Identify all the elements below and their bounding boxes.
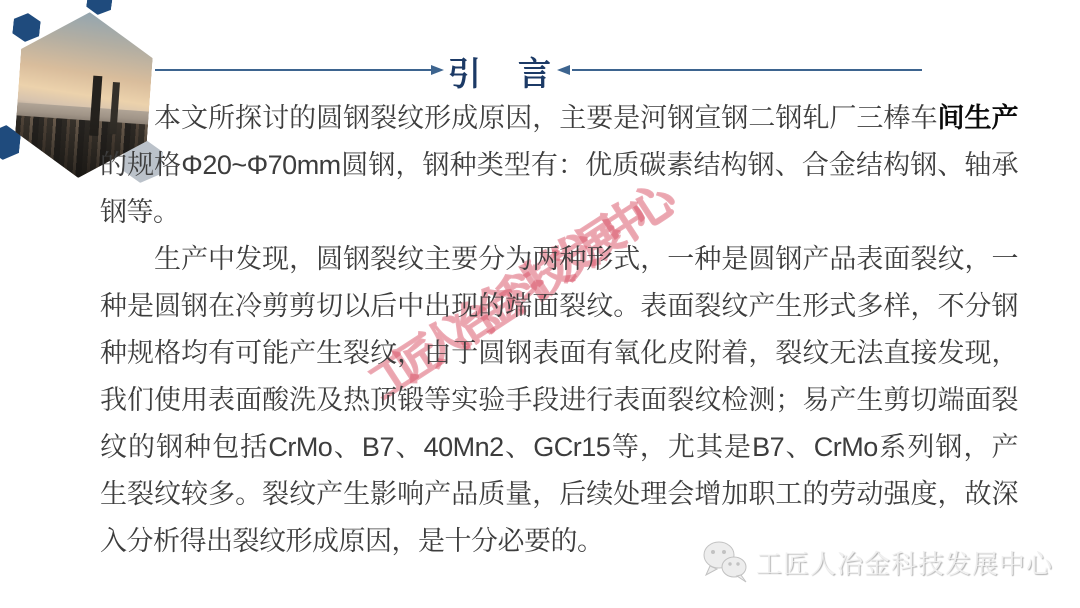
title-divider-right	[572, 69, 922, 71]
section-title: 引 言	[448, 48, 553, 95]
presentation-slide: 工匠人冶金科技发展中心 引 言 本文所探讨的圆钢裂纹形成原因，主要是河钢宣钢二钢…	[0, 0, 1080, 608]
body-text: 本文所探讨的圆钢裂纹形成原因，主要是河钢宣钢二钢轧厂三棒车间生产 的规格Φ20~…	[100, 95, 1018, 565]
body-text-line: 的规格Φ20~Φ70mm圆钢，钢种类型有：优质碳素结构钢、合金结构钢、轴承	[100, 142, 1018, 189]
body-text-bold-segment: 间生产	[937, 103, 1018, 133]
title-divider-left	[155, 69, 431, 71]
body-text-line: 生裂纹较多。裂纹产生影响产品质量，后续处理会增加职工的劳动强度，故深	[100, 471, 1018, 518]
title-arrow-right-icon	[431, 65, 444, 75]
wechat-icon	[702, 540, 748, 584]
body-text-line: 种是圆钢在冷剪剪切以后中出现的端面裂纹。表面裂纹产生形式多样，不分钢	[100, 283, 1018, 330]
footer-brand-text: 工匠人冶金科技发展中心	[756, 544, 1053, 581]
body-text-line: 生产中发现，圆钢裂纹主要分为两种形式，一种是圆钢产品表面裂纹，一	[100, 236, 1018, 283]
body-text-line: 我们使用表面酸洗及热顶锻等实验手段进行表面裂纹检测；易产生剪切端面裂	[100, 377, 1018, 424]
body-text-line: 纹的钢种包括CrMo、B7、40Mn2、GCr15等，尤其是B7、CrMo系列钢…	[100, 424, 1018, 471]
body-text-line: 钢等。	[100, 189, 1018, 236]
hexagon-decoration-blue-top	[12, 12, 42, 44]
body-text-line: 种规格均有可能产生裂纹，由于圆钢表面有氧化皮附着，裂纹无法直接发现，	[100, 330, 1018, 377]
title-arrow-left-icon	[557, 65, 570, 75]
footer-brand: 工匠人冶金科技发展中心	[702, 540, 1053, 584]
body-text-segment: 本文所探讨的圆钢裂纹形成原因，主要是河钢宣钢二钢轧厂三棒车	[154, 103, 937, 133]
body-text-line: 本文所探讨的圆钢裂纹形成原因，主要是河钢宣钢二钢轧厂三棒车间生产	[100, 95, 1018, 142]
